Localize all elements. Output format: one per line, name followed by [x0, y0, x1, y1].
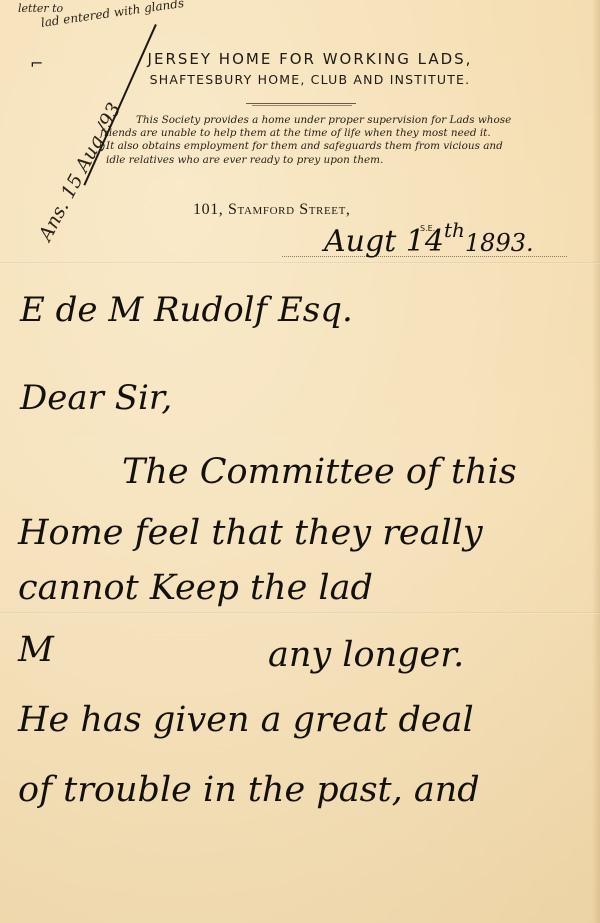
- letterhead-rule-secondary: [252, 105, 352, 106]
- paper-edge: [592, 0, 600, 923]
- body-line-4-text: any longer.: [268, 635, 464, 675]
- fold-line-upper: [0, 262, 600, 264]
- body-line-5: He has given a great deal: [18, 700, 474, 740]
- address-number: 101,: [193, 201, 223, 218]
- mission-line-4: idle relatives who are ever ready to pre…: [100, 154, 536, 167]
- mission-statement: This Society provides a home under prope…: [100, 114, 536, 167]
- letterhead-rule: [246, 103, 356, 104]
- letterhead-subtitle: SHAFTESBURY HOME, CLUB AND INSTITUTE.: [105, 72, 515, 87]
- date-day: 14: [406, 224, 444, 259]
- letter-date: Augt 14th1893.: [324, 218, 534, 259]
- date-year: 1893.: [465, 229, 534, 257]
- mission-line-1: This Society provides a home under prope…: [100, 114, 536, 127]
- address-street: Stamford Street,: [228, 201, 351, 218]
- mission-line-3: It also obtains employment for them and …: [100, 140, 536, 153]
- date-suffix: th: [444, 218, 465, 242]
- body-line-4-initial: M: [18, 630, 54, 670]
- body-line-6: of trouble in the past, and: [18, 770, 480, 810]
- mission-line-2: friends are unable to help them at the t…: [100, 127, 536, 140]
- date-month: Augt: [324, 224, 396, 259]
- body-line-1: The Committee of this: [122, 452, 517, 492]
- letterhead-title: JERSEY HOME FOR WORKING LADS,: [100, 50, 520, 68]
- body-line-3: cannot Keep the lad: [18, 568, 373, 608]
- fold-line-lower: [0, 612, 600, 614]
- letterhead-address: 101, Stamford Street,: [193, 201, 351, 219]
- addressee: E de M Rudolf Esq.: [20, 290, 353, 330]
- salutation: Dear Sir,: [20, 378, 172, 418]
- bracket-mark: ⌐: [30, 54, 43, 73]
- body-line-2: Home feel that they really: [18, 513, 483, 553]
